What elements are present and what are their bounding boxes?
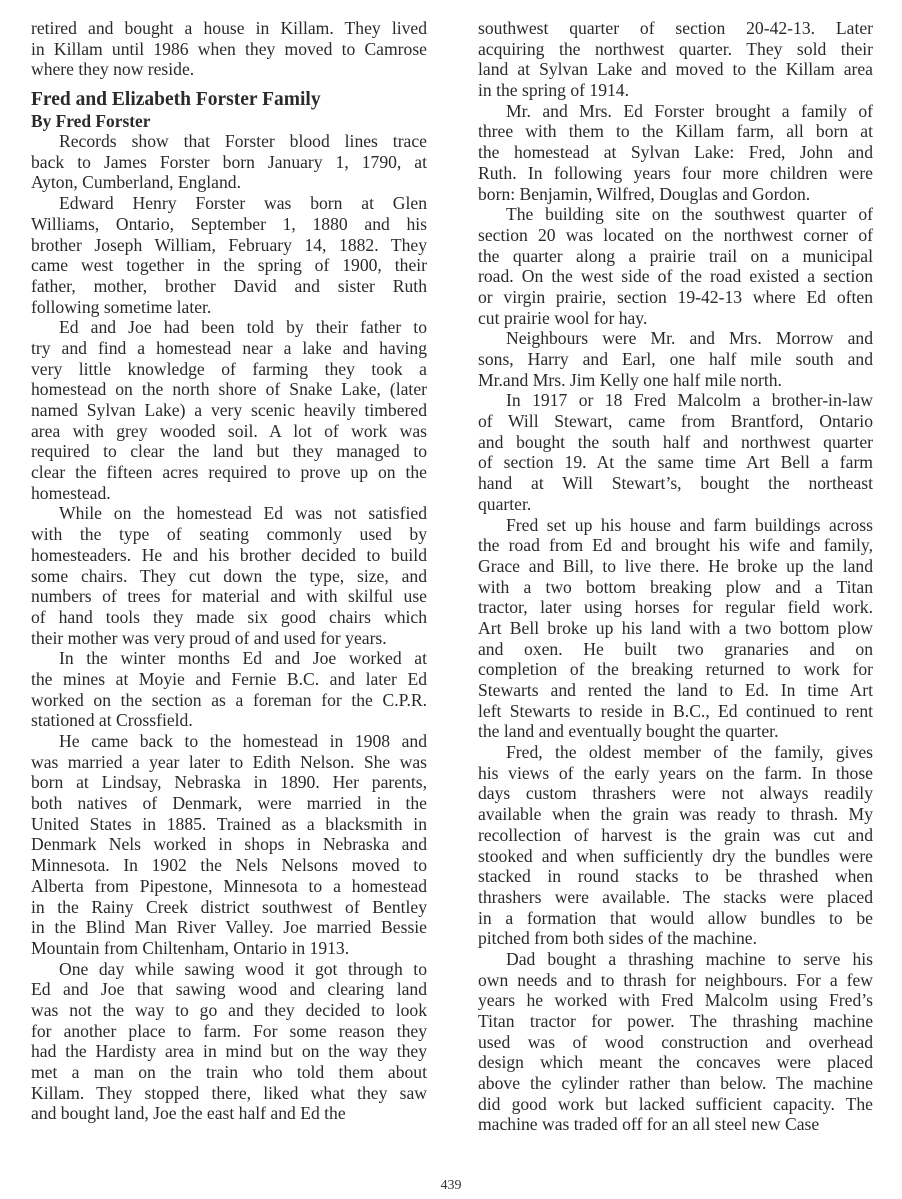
text-line: hand at Will Stewart’s, bought the north… [478,473,873,494]
text-line: retired and bought a house in Killam. Th… [31,18,427,39]
text-line: land at Sylvan Lake and moved to the Kil… [478,59,873,80]
text-line: with a two bottom breaking plow and a Ti… [478,577,873,598]
text-line: section 20 was located on the northwest … [478,225,873,246]
text-line: above the cylinder rather than below. Th… [478,1073,873,1094]
text-line: in the Blind Man River Valley. Joe marri… [31,917,427,938]
text-line: or virgin prairie, section 19-42-13 wher… [478,287,873,308]
paragraph: Ed and Joe had been told by their father… [31,317,427,503]
text-line: Ed and Joe had been told by their father… [31,317,427,338]
right-paragraphs: southwest quarter of section 20-42-13. L… [478,18,873,1135]
text-line: named Sylvan Lake) a very scenic heavily… [31,400,427,421]
text-line: in the Rainy Creek district southwest of… [31,897,427,918]
text-line: While on the homestead Ed was not satisf… [31,503,427,524]
text-line: days custom thrashers were not always re… [478,783,873,804]
text-line: both natives of Denmark, were married in… [31,793,427,814]
text-line: the quarter along a prairie trail on a m… [478,246,873,267]
text-line: and bought the south half and northwest … [478,432,873,453]
right-column: southwest quarter of section 20-42-13. L… [478,18,873,1135]
text-line: Mr. and Mrs. Ed Forster brought a family… [478,101,873,122]
text-line: homestead. [31,483,427,504]
text-line: in Killam until 1986 when they moved to … [31,39,427,60]
text-line: father, mother, brother David and sister… [31,276,427,297]
text-line: pitched from both sides of the machine. [478,928,873,949]
paragraph: The building site on the southwest quart… [478,204,873,328]
text-line: Neighbours were Mr. and Mrs. Morrow and [478,328,873,349]
text-line: with the type of seating commonly used b… [31,524,427,545]
text-line: following sometime later. [31,297,427,318]
text-line: Mr.and Mrs. Jim Kelly one half mile nort… [478,370,873,391]
text-line: Ruth. In following years four more child… [478,163,873,184]
text-line: was not the way to go and they decided t… [31,1000,427,1021]
text-line: brother Joseph William, February 14, 188… [31,235,427,256]
text-line: Records show that Forster blood lines tr… [31,131,427,152]
text-line: Alberta from Pipestone, Minnesota to a h… [31,876,427,897]
text-line: stacked in round stacks to be thrashed w… [478,866,873,887]
text-line: Williams, Ontario, September 1, 1880 and… [31,214,427,235]
text-line: In the winter months Ed and Joe worked a… [31,648,427,669]
text-line: try and find a homestead near a lake and… [31,338,427,359]
paragraph: Edward Henry Forster was born at GlenWil… [31,193,427,317]
paragraph: Fred set up his house and farm buildings… [478,515,873,743]
text-line: very little knowledge of farming they to… [31,359,427,380]
left-paragraphs: Records show that Forster blood lines tr… [31,131,427,1124]
text-line: of Will Stewart, came from Brantford, On… [478,411,873,432]
text-line: Fred set up his house and farm buildings… [478,515,873,536]
article-heading: Fred and Elizabeth Forster Family [31,89,427,111]
text-line: their mother was very proud of and used … [31,628,427,649]
text-line: stooked and when sufficiently dry the bu… [478,846,873,867]
text-line: numbers of trees for material and with s… [31,586,427,607]
text-line: of section 19. At the same time Art Bell… [478,452,873,473]
text-line: some chairs. They cut down the type, siz… [31,566,427,587]
text-line: Killam. They stopped there, liked what t… [31,1083,427,1104]
text-line: Titan tractor for power. The thrashing m… [478,1011,873,1032]
text-line: cut prairie wool for hay. [478,308,873,329]
text-line: Stewarts and rented the land to Ed. In t… [478,680,873,701]
text-line: Ayton, Cumberland, England. [31,172,427,193]
text-line: tractor, later using horses for regular … [478,597,873,618]
text-line: was married a year later to Edith Nelson… [31,752,427,773]
text-line: used was of wood construction and overhe… [478,1032,873,1053]
text-line: of hand tools they made six good chairs … [31,607,427,628]
text-line: the homestead at Sylvan Lake: Fred, John… [478,142,873,163]
text-line: Art Bell broke up his land with a two bo… [478,618,873,639]
text-line: came west together in the spring of 1900… [31,255,427,276]
text-line: own needs and to thrash for neighbours. … [478,970,873,991]
text-line: southwest quarter of section 20-42-13. L… [478,18,873,39]
paragraph: Fred, the oldest member of the family, g… [478,742,873,949]
paragraph: One day while sawing wood it got through… [31,959,427,1125]
paragraph: Records show that Forster blood lines tr… [31,131,427,193]
text-line: did good work but lacked sufficient capa… [478,1094,873,1115]
paragraph: In 1917 or 18 Fred Malcolm a brother-in-… [478,390,873,514]
text-line: Ed and Joe that sawing wood and clearing… [31,979,427,1000]
text-line: the road from Ed and brought his wife an… [478,535,873,556]
page-number: 439 [0,1178,902,1194]
text-line: sons, Harry and Earl, one half mile sout… [478,349,873,370]
text-line: homesteaders. He and his brother decided… [31,545,427,566]
text-line: met a man on the train who told them abo… [31,1062,427,1083]
paragraph: He came back to the homestead in 1908 an… [31,731,427,959]
text-line: thrashers were available. The stacks wer… [478,887,873,908]
text-line: completion of the breaking returned to w… [478,659,873,680]
text-line: Minnesota. In 1902 the Nels Nelsons move… [31,855,427,876]
text-line: acquiring the northwest quarter. They so… [478,39,873,60]
text-line: One day while sawing wood it got through… [31,959,427,980]
text-line: clear the fifteen acres required to prov… [31,462,427,483]
text-line: three with them to the Killam farm, all … [478,121,873,142]
text-line: The building site on the southwest quart… [478,204,873,225]
paragraph: While on the homestead Ed was not satisf… [31,503,427,648]
text-line: recollection of harvest is the grain was… [478,825,873,846]
text-line: Edward Henry Forster was born at Glen [31,193,427,214]
text-line: in the spring of 1914. [478,80,873,101]
text-line: and bought land, Joe the east half and E… [31,1103,427,1124]
text-line: In 1917 or 18 Fred Malcolm a brother-in-… [478,390,873,411]
text-line: born: Benjamin, Wilfred, Douglas and Gor… [478,184,873,205]
text-line: area with grey wooded soil. A lot of wor… [31,421,427,442]
text-line: Denmark Nels worked in shops in Nebraska… [31,834,427,855]
text-line: Mountain from Chiltenham, Ontario in 191… [31,938,427,959]
paragraph: southwest quarter of section 20-42-13. L… [478,18,873,101]
text-line: United States in 1885. Trained as a blac… [31,814,427,835]
text-line: He came back to the homestead in 1908 an… [31,731,427,752]
text-line: left Stewarts to reside in B.C., Ed cont… [478,701,873,722]
paragraph: In the winter months Ed and Joe worked a… [31,648,427,731]
text-line: required to clear the land but they mana… [31,441,427,462]
text-line: homestead on the north shore of Snake La… [31,379,427,400]
text-line: years he worked with Fred Malcolm using … [478,990,873,1011]
left-column: retired and bought a house in Killam. Th… [31,18,427,1124]
text-line: where they now reside. [31,59,427,80]
text-line: Grace and Bill, to live there. He broke … [478,556,873,577]
paragraph: Neighbours were Mr. and Mrs. Morrow ands… [478,328,873,390]
text-line: Dad bought a thrashing machine to serve … [478,949,873,970]
text-line: Fred, the oldest member of the family, g… [478,742,873,763]
text-line: worked on the section as a foreman for t… [31,690,427,711]
text-line: for another place to farm. For some reas… [31,1021,427,1042]
text-line: and oxen. He built two granaries and on [478,639,873,660]
text-line: the mines at Moyie and Fernie B.C. and l… [31,669,427,690]
text-line: design which meant the concaves were pla… [478,1052,873,1073]
text-line: road. On the west side of the road exist… [478,266,873,287]
text-line: in a formation that would allow bundles … [478,908,873,929]
text-line: available when the grain was ready to th… [478,804,873,825]
text-line: quarter. [478,494,873,515]
paragraph: Dad bought a thrashing machine to serve … [478,949,873,1135]
text-line: his views of the early years on the farm… [478,763,873,784]
article-byline: By Fred Forster [31,111,427,131]
text-line: born at Lindsay, Nebraska in 1890. Her p… [31,772,427,793]
text-line: the land and eventually bought the quart… [478,721,873,742]
text-line: machine was traded off for an all steel … [478,1114,873,1135]
text-line: stationed at Crossfield. [31,710,427,731]
text-line: had the Hardisty area in mind but on the… [31,1041,427,1062]
intro-paragraph: retired and bought a house in Killam. Th… [31,18,427,80]
paragraph: Mr. and Mrs. Ed Forster brought a family… [478,101,873,204]
text-line: back to James Forster born January 1, 17… [31,152,427,173]
